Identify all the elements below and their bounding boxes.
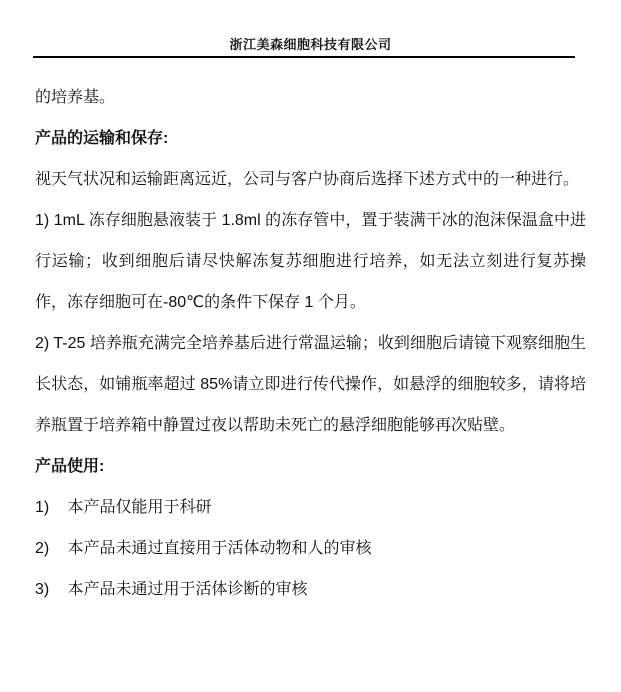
usage-item-3-number: 3) (35, 569, 63, 610)
paragraph-continued: 的培养基。 (35, 77, 586, 118)
paragraph-transport-intro: 视天气状况和运输距离远近，公司与客户协商后选择下述方式中的一种进行。 (35, 159, 586, 200)
usage-item-1: 1) 本产品仅能用于科研 (35, 487, 586, 528)
paragraph-transport-method-2: 2) T-25 培养瓶充满完全培养基后进行常温运输；收到细胞后请镜下观察细胞生长… (35, 323, 586, 446)
section-heading-transport: 产品的运输和保存: (35, 118, 586, 159)
usage-item-2-text: 本产品未通过直接用于活体动物和人的审核 (67, 540, 371, 557)
header-divider (33, 56, 575, 58)
usage-item-1-text: 本产品仅能用于科研 (67, 499, 211, 516)
usage-item-1-number: 1) (35, 487, 63, 528)
document-body: 的培养基。 产品的运输和保存: 视天气状况和运输距离远近，公司与客户协商后选择下… (35, 77, 586, 610)
usage-item-2-number: 2) (35, 528, 63, 569)
page-header: 浙江美森细胞科技有限公司 (0, 37, 621, 53)
paragraph-transport-method-1: 1) 1mL 冻存细胞悬液装于 1.8ml 的冻存管中，置于装满干冰的泡沫保温盒… (35, 200, 586, 323)
document-page: 浙江美森细胞科技有限公司 的培养基。 产品的运输和保存: 视天气状况和运输距离远… (0, 0, 621, 692)
usage-item-2: 2) 本产品未通过直接用于活体动物和人的审核 (35, 528, 586, 569)
company-name: 浙江美森细胞科技有限公司 (0, 37, 621, 53)
usage-item-3-text: 本产品未通过用于活体诊断的审核 (67, 581, 307, 598)
usage-item-3: 3) 本产品未通过用于活体诊断的审核 (35, 569, 586, 610)
section-heading-usage: 产品使用: (35, 446, 586, 487)
